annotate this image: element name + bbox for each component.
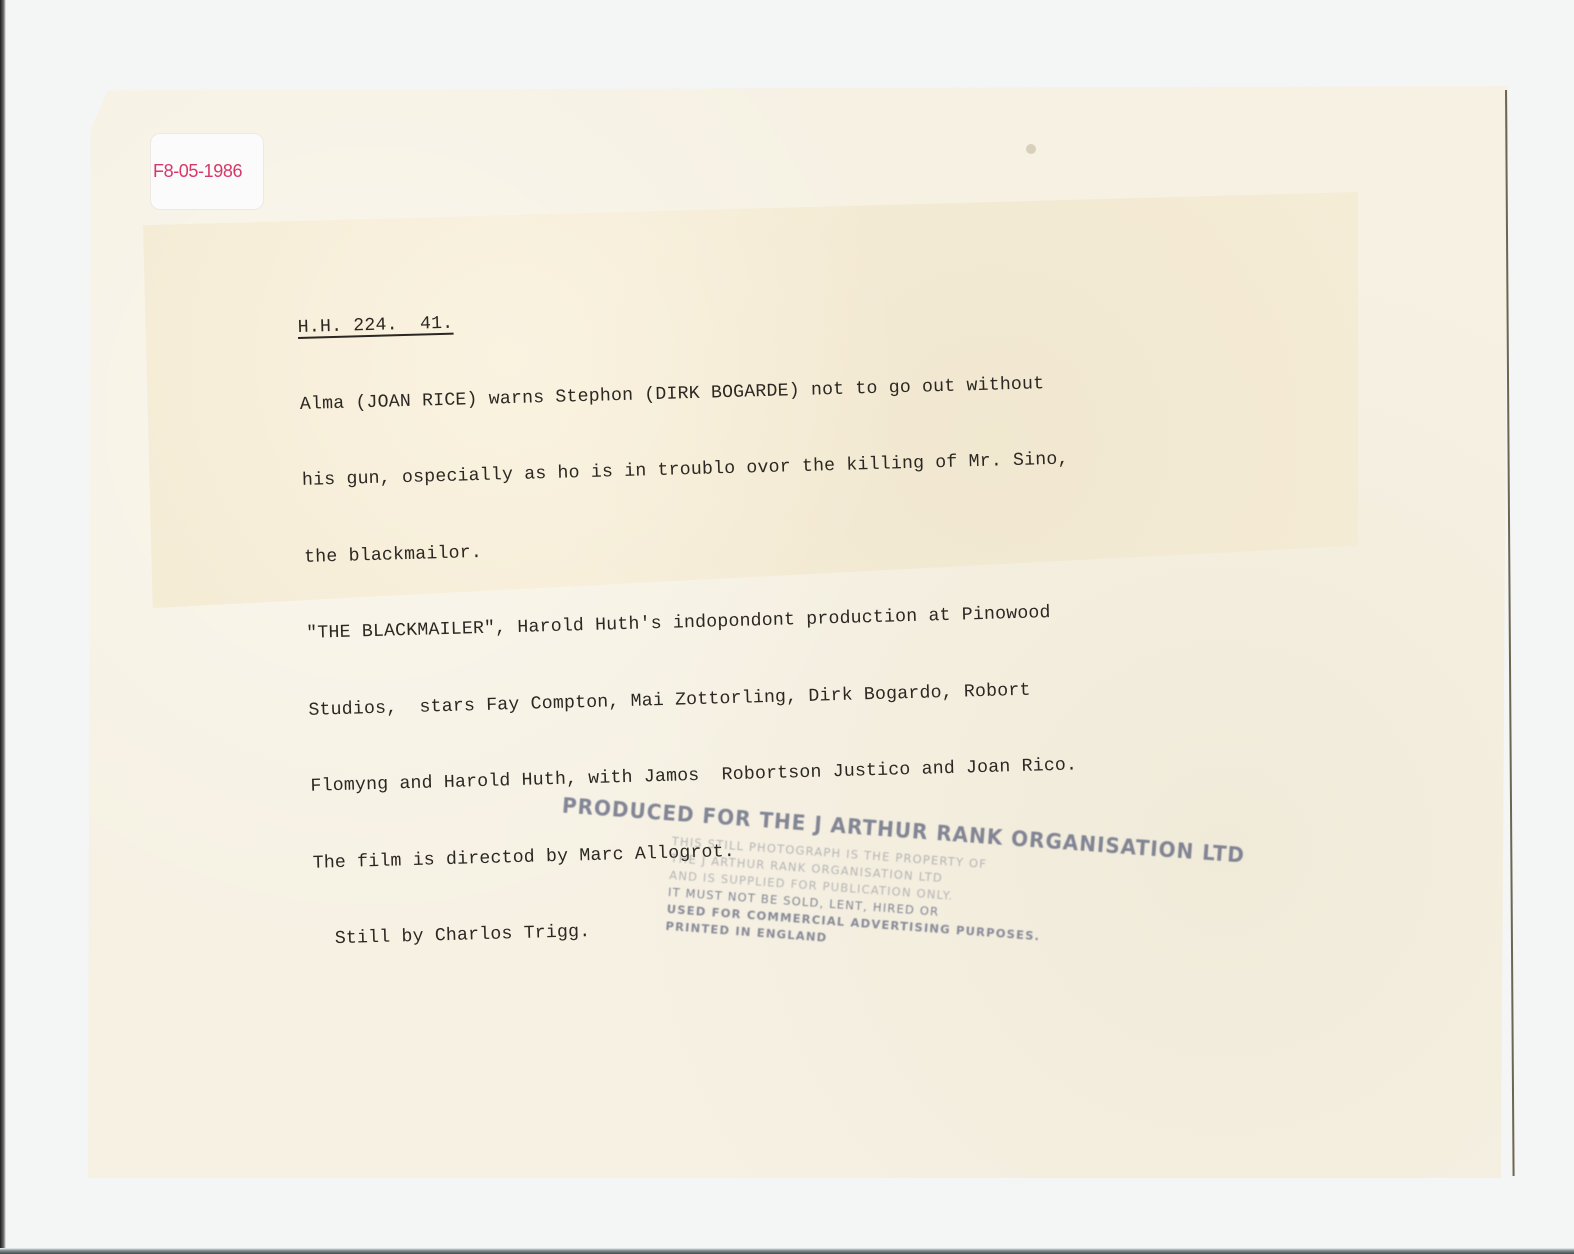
- archive-date-label: F8-05-1986: [151, 134, 263, 209]
- caption-line: Alma (JOAN RICE) warns Stephon (DIRK BOG…: [300, 371, 1067, 418]
- scanner-bottom-edge: [0, 1248, 1574, 1254]
- caption-line: the blackmailor.: [304, 524, 1071, 571]
- card-edge-shadow: [1505, 90, 1515, 1176]
- caption-reference-number: H.H. 224. 41.: [297, 295, 1064, 342]
- caption-line: his gun, ospecially as ho is in troublo …: [302, 448, 1069, 495]
- caption-line: "THE BLACKMAILER", Harold Huth's indopon…: [306, 600, 1073, 647]
- caption-line: Studios, stars Fay Compton, Mai Zottorli…: [308, 677, 1075, 724]
- caption-line: Flomyng and Harold Huth, with Jamos Robo…: [310, 753, 1077, 800]
- dust-speck: [1026, 144, 1036, 154]
- date-label-text: F8-05-1986: [151, 161, 242, 182]
- scanner-left-edge: [0, 0, 6, 1254]
